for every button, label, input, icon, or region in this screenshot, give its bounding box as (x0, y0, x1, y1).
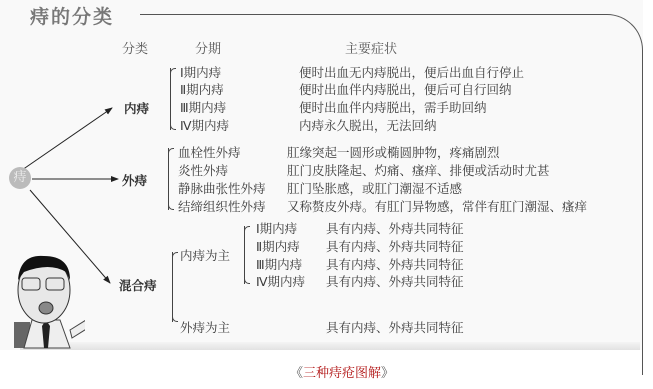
group-label-internal: 内痔 (124, 99, 149, 117)
subgroup-label-internal-dominant: 内痔为主 (180, 246, 230, 264)
symptom-text: 具有内痔、外痔共同特征 (326, 272, 464, 290)
stage-label: Ⅱ期内痔 (180, 80, 224, 98)
stage-label: Ⅲ期内痔 (180, 98, 226, 116)
symptom-text: 具有内痔、外痔共同特征 (326, 318, 464, 336)
caption-text: 三种痔疮图解 (303, 366, 381, 381)
group-label-external: 外痔 (122, 171, 147, 189)
symptom-text: 便时出血无内痔脱出，便后出血自行停止 (299, 63, 524, 81)
subgroup-label-external-dominant: 外痔为主 (180, 318, 230, 336)
stage-label: Ⅱ期内痔 (256, 237, 300, 255)
symptom-text: 肛缘突起一圆形或椭圆肿物，疼痛剧烈 (287, 143, 500, 161)
stage-label: Ⅰ期内痔 (256, 219, 297, 237)
brace-internal (170, 68, 171, 130)
symptom-text: 又称赘皮外痔。有肛门异物感，常伴有肛门潮湿、瘙痒 (287, 197, 587, 215)
caption-close-bracket: 》 (381, 366, 394, 381)
stage-label: Ⅲ期内痔 (256, 255, 302, 273)
stage-label: 血栓性外痔 (178, 143, 241, 161)
stage-label: Ⅰ期内痔 (180, 63, 221, 81)
stage-label: Ⅳ期内痔 (180, 116, 229, 134)
brace-external (168, 148, 169, 210)
symptom-text: 肛门坠胀感，或肛门潮湿不适感 (287, 179, 462, 197)
stage-label: 结缔组织性外痔 (178, 197, 266, 215)
stage-label: 静脉曲张性外痔 (178, 179, 266, 197)
symptom-text: 便时出血伴内痔脱出，需手助回纳 (299, 98, 487, 116)
brace-mixed (172, 252, 173, 322)
doctor-cartoon-illustration (10, 250, 85, 350)
symptom-text: 便时出血伴内痔脱出，便后可自行回纳 (299, 80, 512, 98)
brace-mixed-internal (244, 226, 245, 284)
hemorrhoid-root-icon: 痔 (9, 167, 31, 189)
symptom-text: 具有内痔、外痔共同特征 (326, 255, 464, 273)
group-label-mixed: 混合痔 (119, 276, 157, 294)
symptom-text: 具有内痔、外痔共同特征 (326, 237, 464, 255)
symptom-text: 具有内痔、外痔共同特征 (326, 219, 464, 237)
symptom-text: 内痔永久脱出，无法回纳 (299, 116, 437, 134)
stage-label: Ⅳ期内痔 (256, 272, 305, 290)
symptom-text: 肛门皮肤隆起、灼痛、瘙痒、排便或活动时尤甚 (287, 161, 550, 179)
figure-caption: 《三种痔疮图解》 (290, 362, 394, 381)
stage-label: 炎性外痔 (178, 161, 228, 179)
caption-open-bracket: 《 (290, 366, 303, 381)
